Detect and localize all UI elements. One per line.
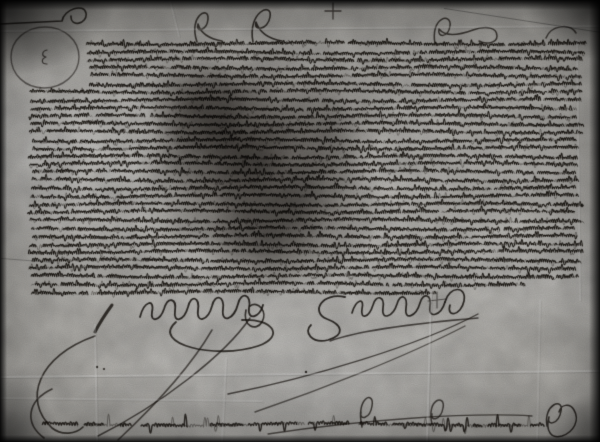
handwriting-ink-layer	[0, 0, 600, 442]
manuscript-photograph	[0, 0, 600, 442]
